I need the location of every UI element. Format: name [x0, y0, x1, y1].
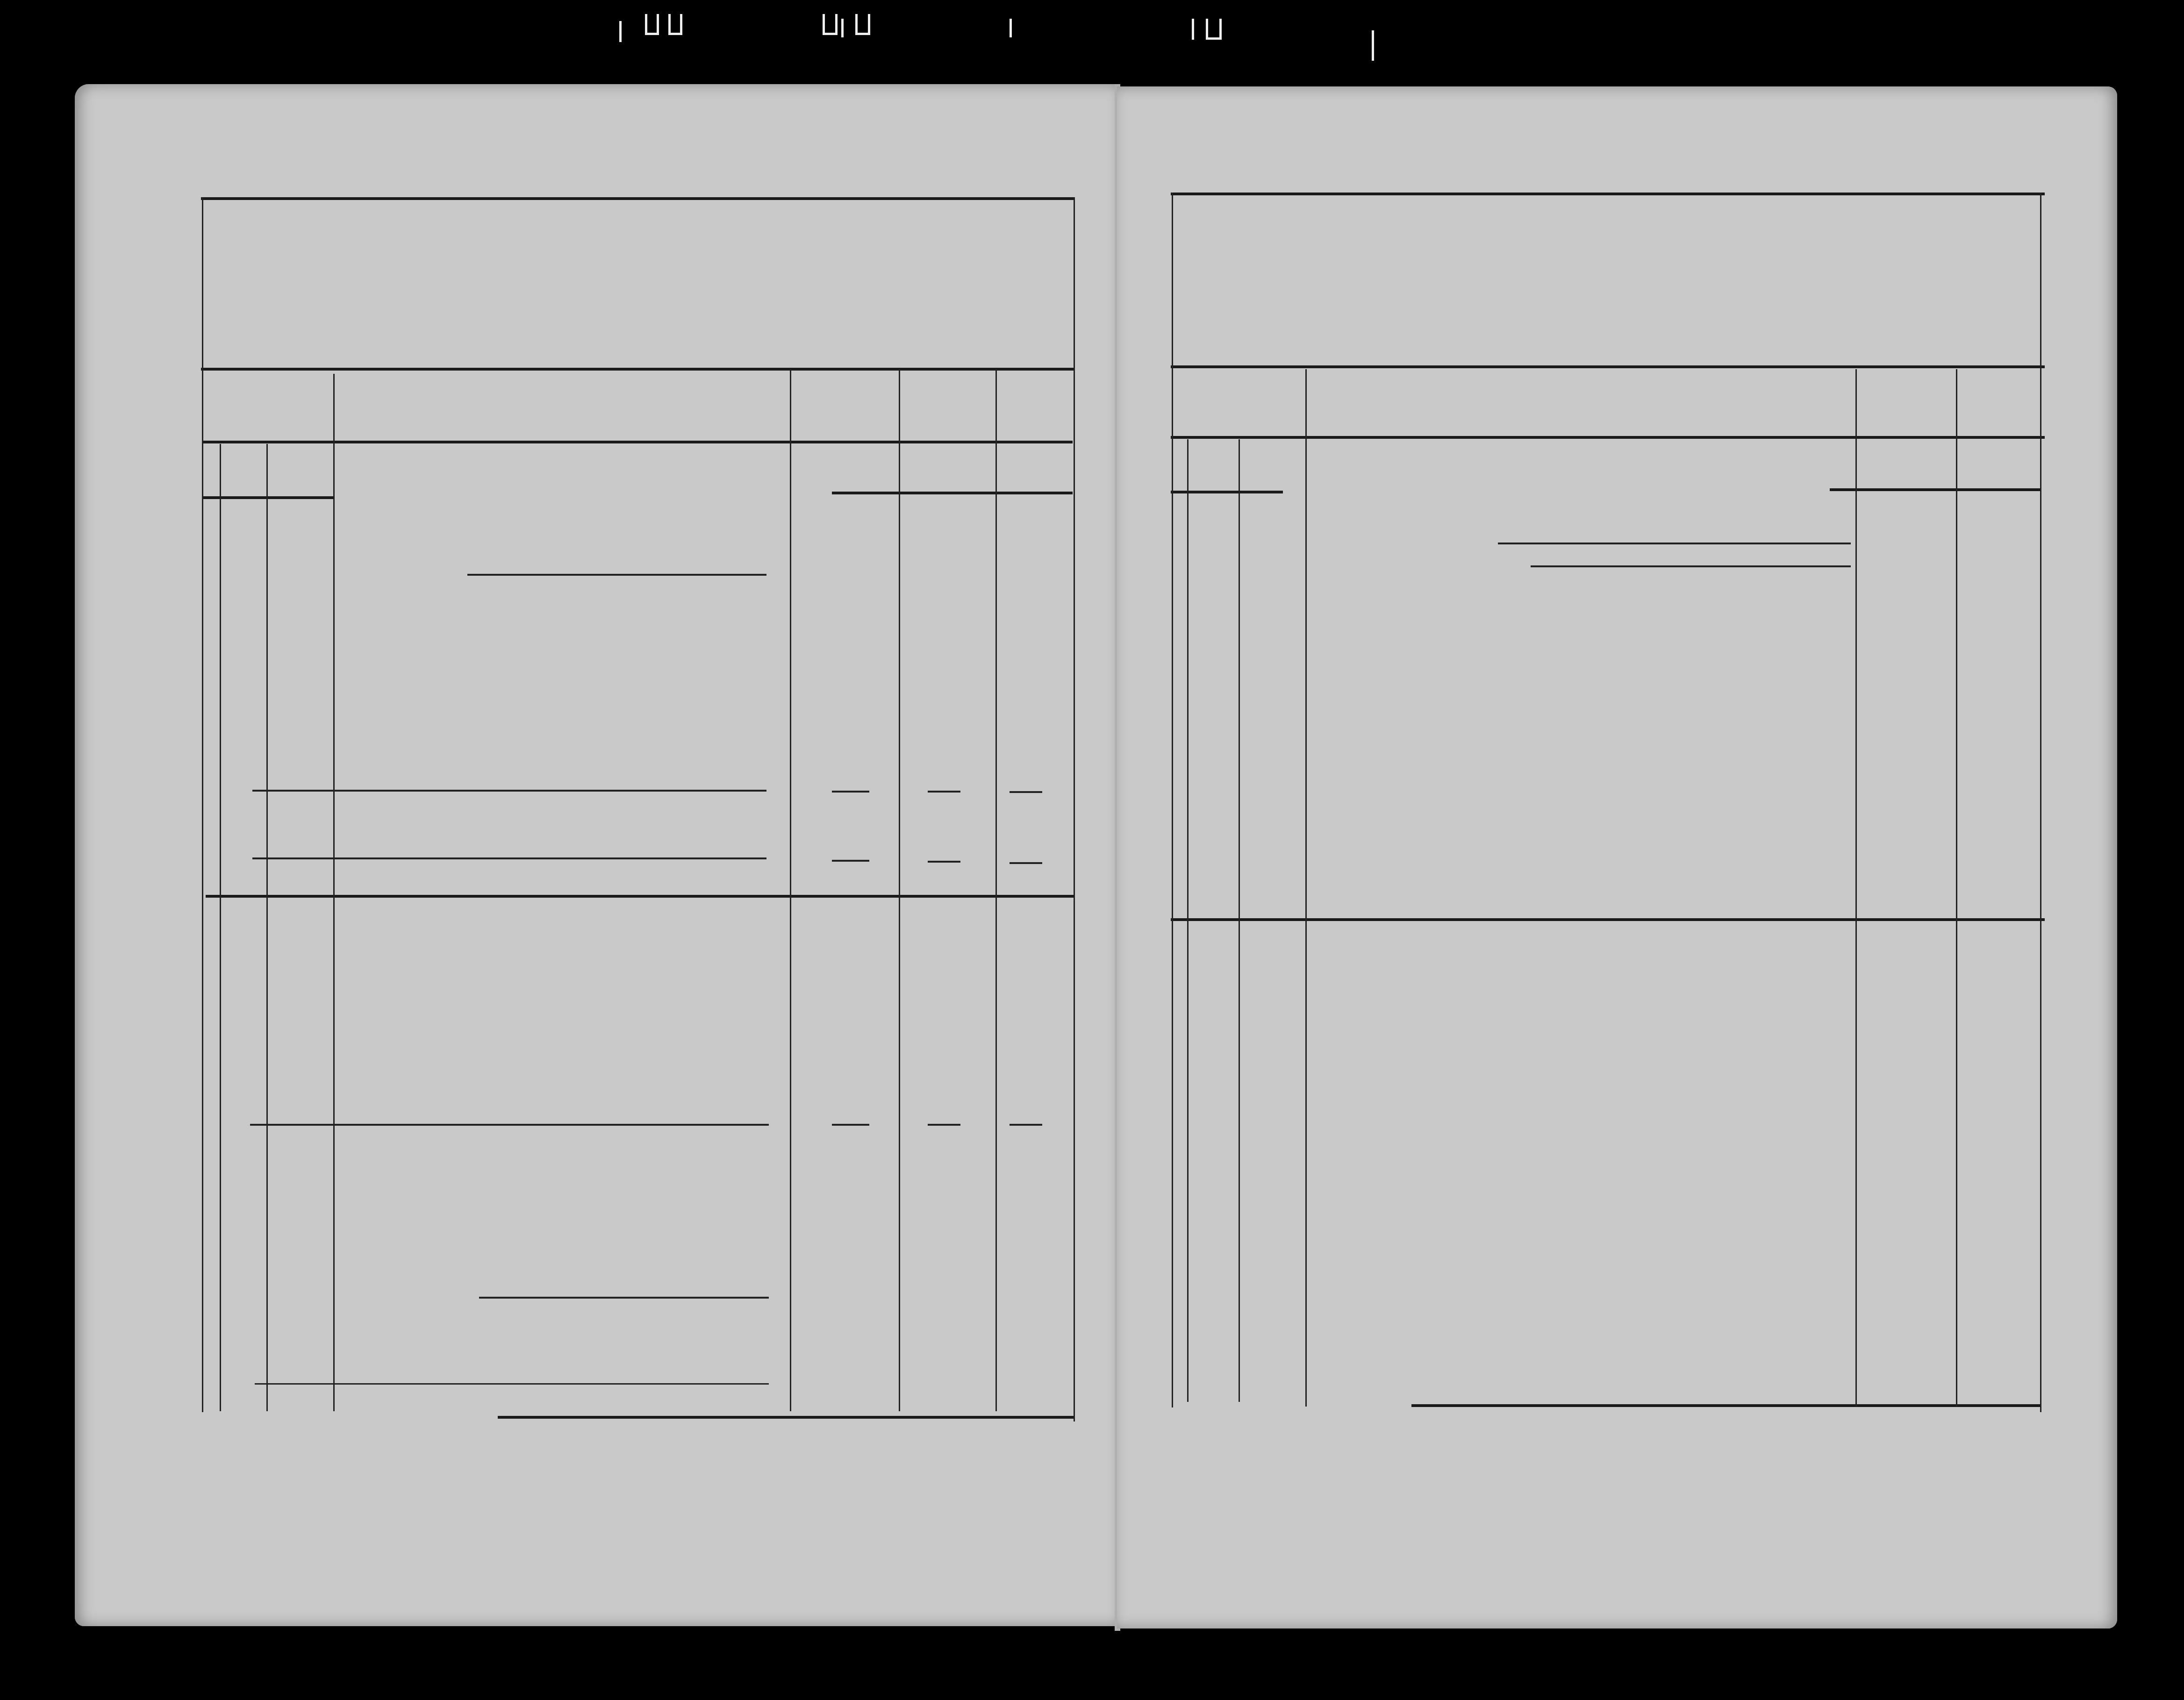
- right-total-rule: [1411, 1404, 2040, 1407]
- right-family-divider: [1171, 918, 2045, 921]
- right-top-rule: [1171, 193, 2045, 195]
- right-header-rule: [1171, 365, 2045, 368]
- right-page: [1117, 86, 2117, 1629]
- left-header-rule: [201, 368, 1075, 371]
- left-total-rule: [498, 1416, 1075, 1419]
- right-subheader-rule: [1171, 436, 2045, 439]
- right-subheader-rule3: [1830, 488, 2040, 491]
- left-subheader-rule3: [832, 492, 1073, 494]
- left-page: [75, 84, 1117, 1626]
- left-family-divider: [206, 895, 1075, 898]
- left-top-rule: [201, 197, 1075, 200]
- top-edge-marks: [0, 0, 2184, 79]
- left-subheader-rule2: [203, 496, 334, 499]
